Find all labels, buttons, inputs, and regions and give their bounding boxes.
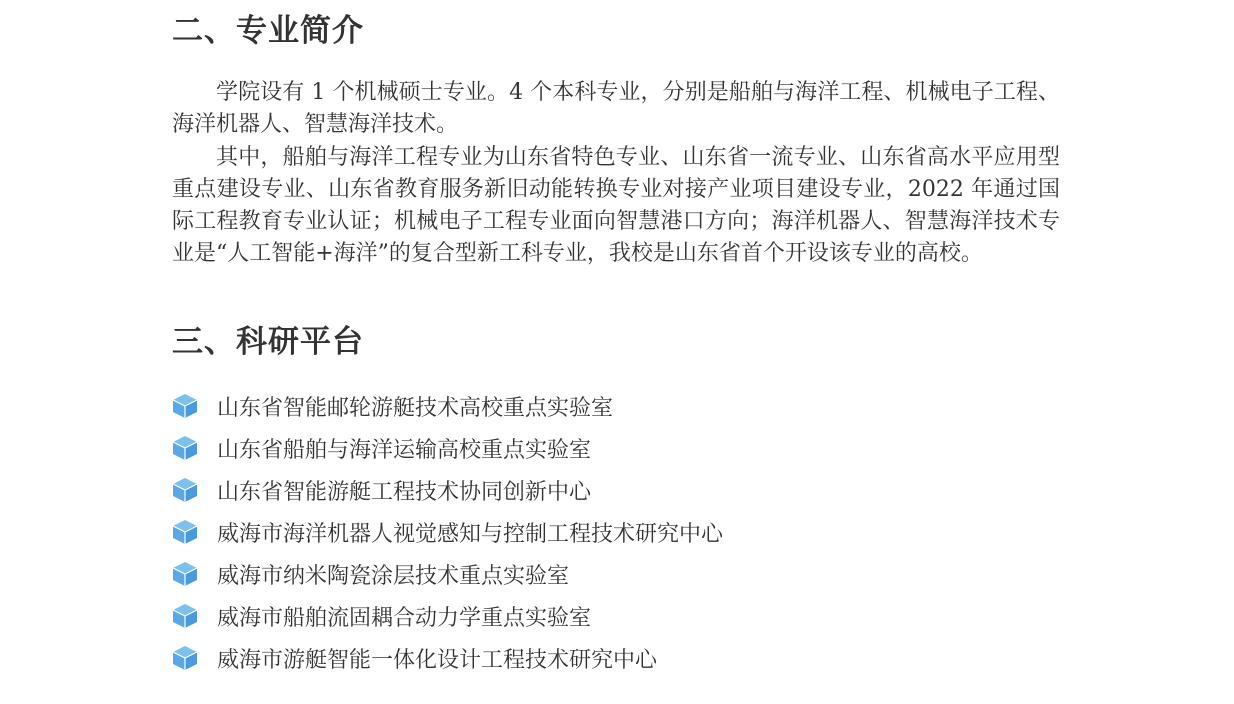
intro-paragraph-2: 其中，船舶与海洋工程专业为山东省特色专业、山东省一流专业、山东省高水平应用型重点…: [172, 142, 1060, 271]
section-heading-major-intro: 二、专业简介: [172, 11, 364, 51]
section-heading-research-platforms: 三、科研平台: [172, 322, 364, 362]
platform-name: 山东省智能游艇工程技术协同创新中心: [217, 475, 591, 506]
platform-name: 威海市纳米陶瓷涂层技术重点实验室: [217, 559, 569, 590]
list-item: 威海市纳米陶瓷涂层技术重点实验室: [172, 553, 723, 595]
list-item: 威海市船舶流固耦合动力学重点实验室: [172, 595, 723, 637]
research-platform-list: 山东省智能邮轮游艇技术高校重点实验室 山东省船舶与海洋运输高校重点实验室 山东省…: [172, 385, 723, 679]
platform-name: 山东省智能邮轮游艇技术高校重点实验室: [217, 391, 613, 422]
cube-icon: [172, 393, 198, 419]
platform-name: 威海市船舶流固耦合动力学重点实验室: [217, 601, 591, 632]
platform-name: 威海市游艇智能一体化设计工程技术研究中心: [217, 643, 657, 674]
intro-paragraph-1: 学院设有 1 个机械硕士专业。4 个本科专业，分别是船舶与海洋工程、机械电子工程…: [172, 77, 1060, 142]
cube-icon: [172, 645, 198, 671]
major-intro-body: 学院设有 1 个机械硕士专业。4 个本科专业，分别是船舶与海洋工程、机械电子工程…: [172, 77, 1060, 271]
platform-name: 威海市海洋机器人视觉感知与控制工程技术研究中心: [217, 517, 723, 548]
list-item: 威海市游艇智能一体化设计工程技术研究中心: [172, 637, 723, 679]
cube-icon: [172, 435, 198, 461]
cube-icon: [172, 519, 198, 545]
list-item: 山东省智能邮轮游艇技术高校重点实验室: [172, 385, 723, 427]
list-item: 山东省船舶与海洋运输高校重点实验室: [172, 427, 723, 469]
cube-icon: [172, 561, 198, 587]
list-item: 威海市海洋机器人视觉感知与控制工程技术研究中心: [172, 511, 723, 553]
cube-icon: [172, 477, 198, 503]
list-item: 山东省智能游艇工程技术协同创新中心: [172, 469, 723, 511]
cube-icon: [172, 603, 198, 629]
platform-name: 山东省船舶与海洋运输高校重点实验室: [217, 433, 591, 464]
